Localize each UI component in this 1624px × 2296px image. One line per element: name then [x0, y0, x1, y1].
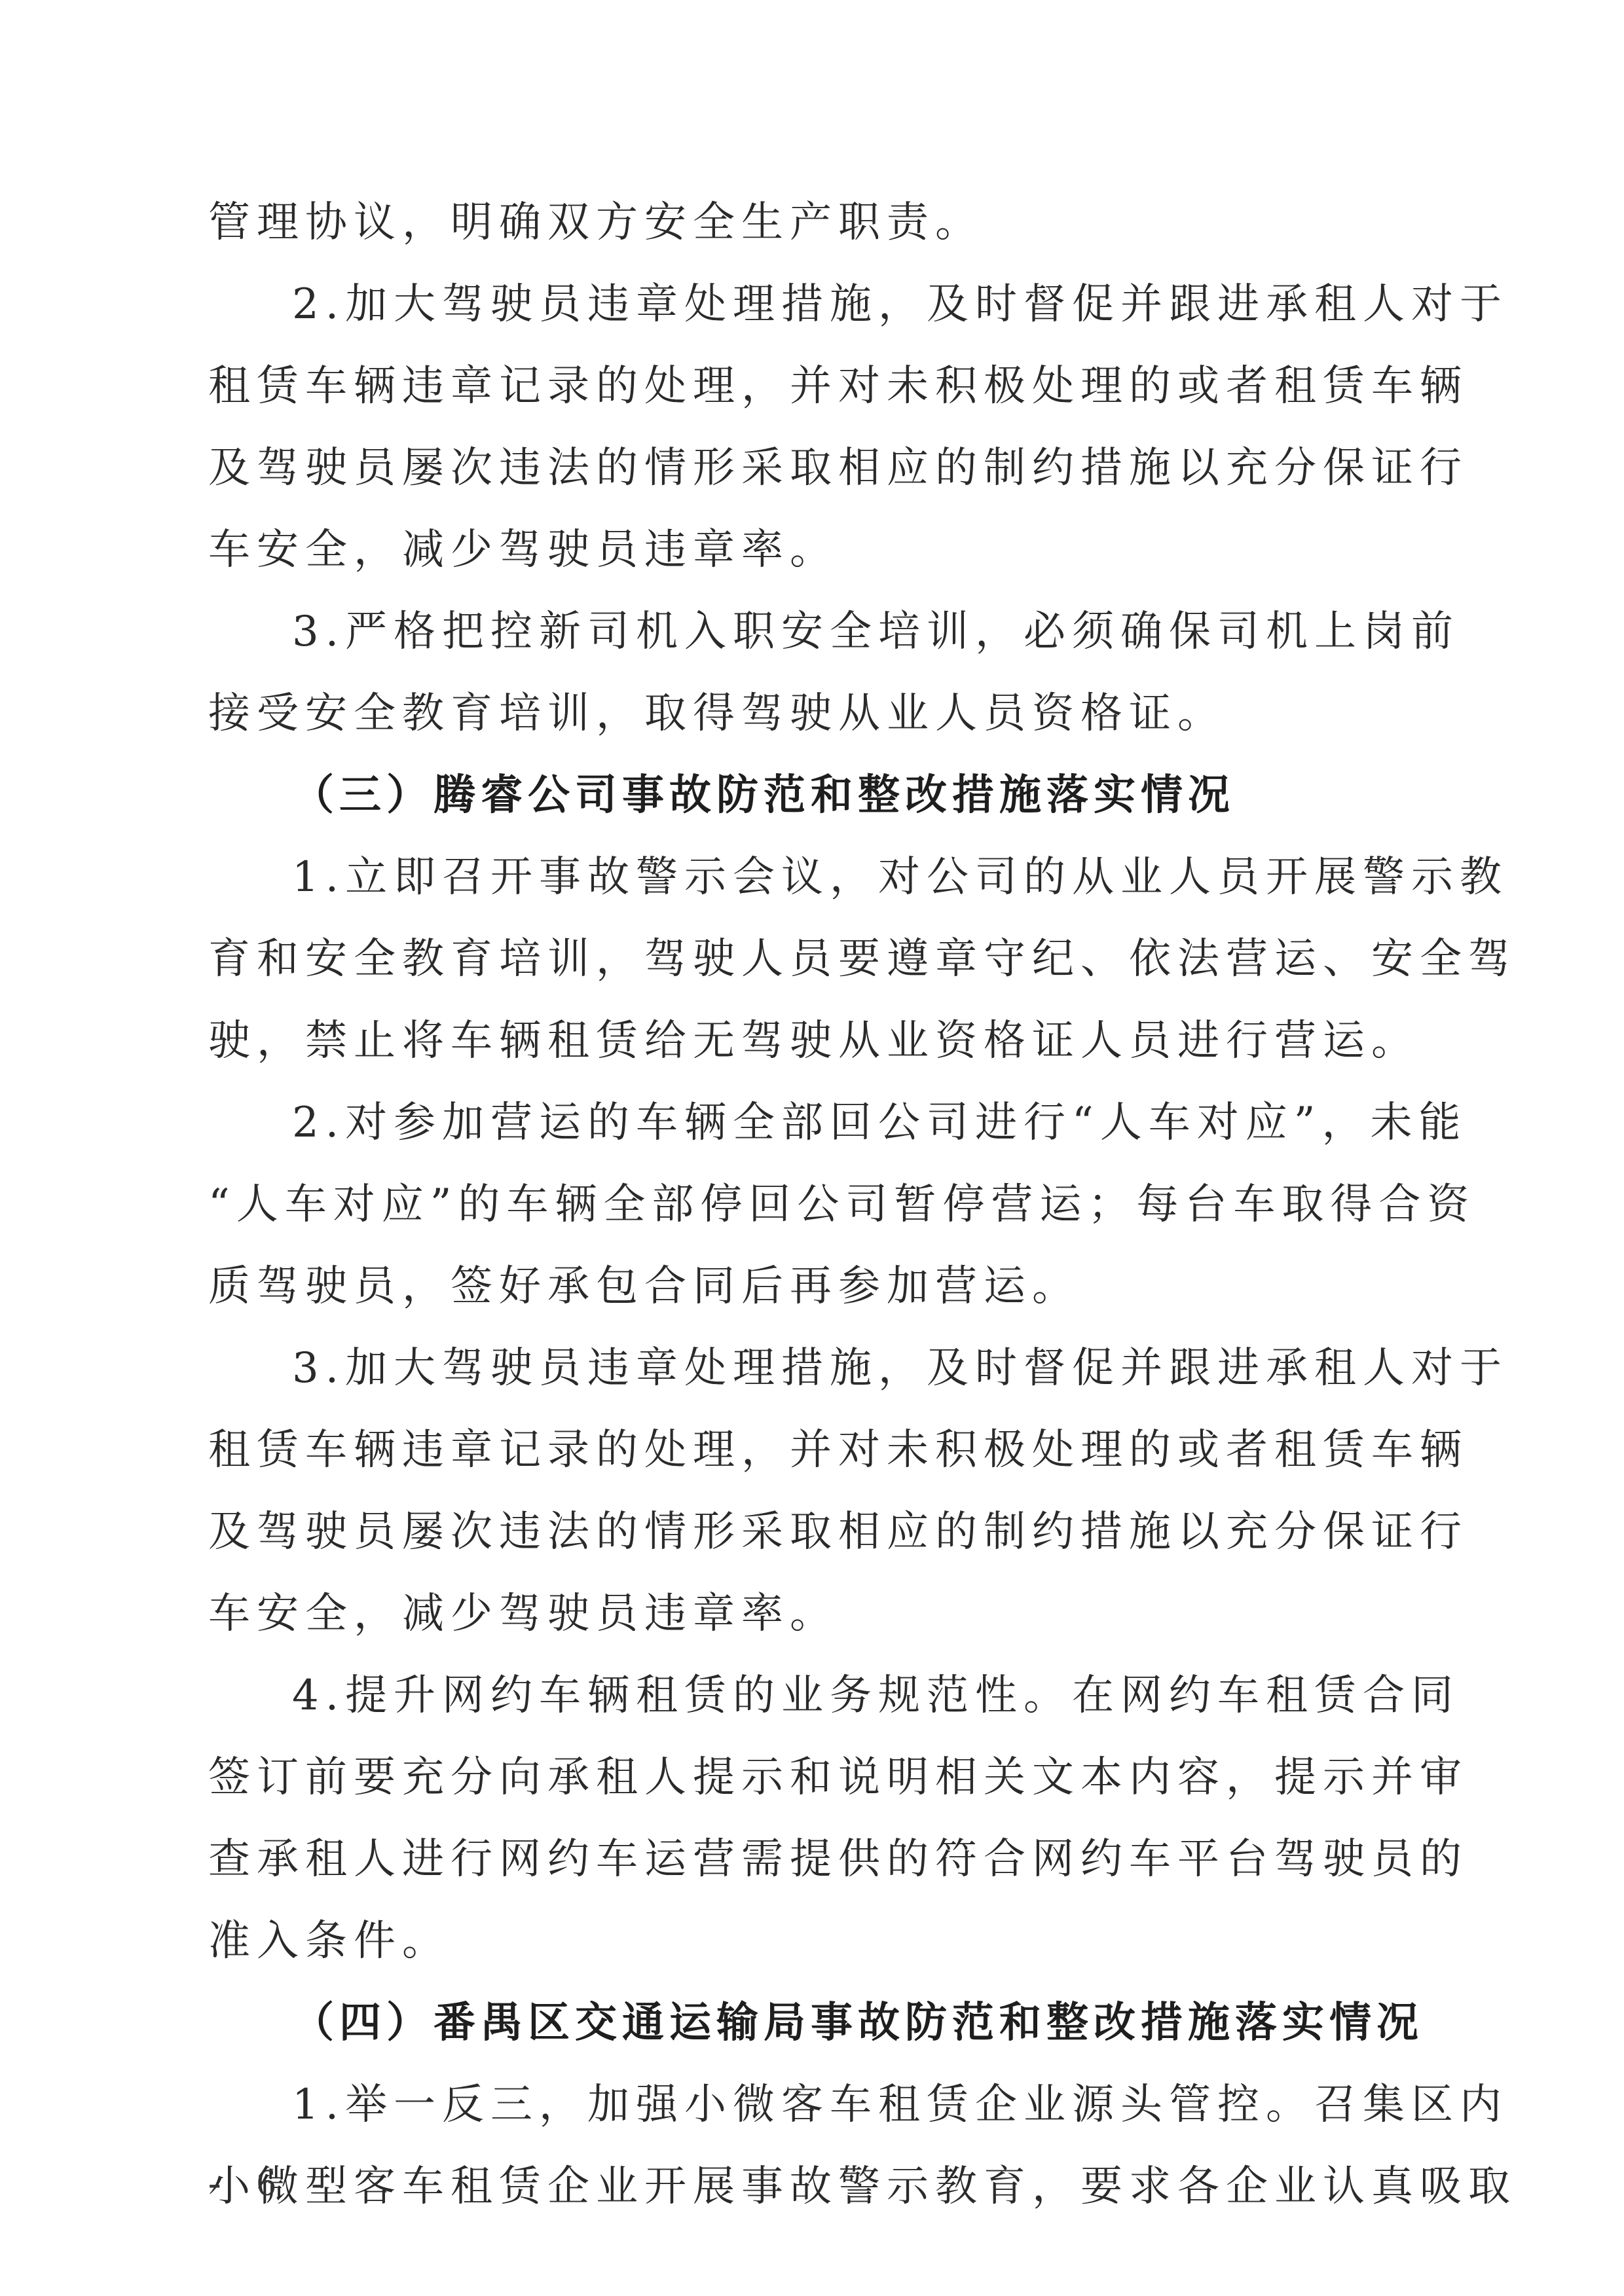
paragraph-line: 2.对参加营运的车辆全部回公司进行“人车对应”，未能 [292, 1097, 1510, 1149]
paragraph-line: 及驾驶员屡次违法的情形采取相应的制约措施以充分保证行 [208, 442, 1426, 494]
section-heading: （三）腾睿公司事故防范和整改措施落实情况 [292, 769, 1510, 822]
paragraph-line: 签订前要充分向承租人提示和说明相关文本内容，提示并审 [208, 1751, 1426, 1804]
paragraph-line: 1.举一反三，加强小微客车租赁企业源头管控。召集区内 [292, 2079, 1510, 2131]
paragraph-line: 车安全，减少驾驶员违章率。 [208, 524, 1426, 576]
paragraph-line: 车安全，减少驾驶员违章率。 [208, 1588, 1426, 1640]
paragraph-line: 4.提升网约车辆租赁的业务规范性。在网约车租赁合同 [292, 1669, 1510, 1722]
paragraph-line: 查承租人进行网约车运营需提供的符合网约车平台驾驶员的 [208, 1833, 1426, 1886]
paragraph-line: 管理协议，明确双方安全生产职责。 [208, 196, 1426, 249]
paragraph-line: 小微型客车租赁企业开展事故警示教育，要求各企业认真吸取 [208, 2160, 1426, 2213]
paragraph-line: 租赁车辆违章记录的处理，并对未积极处理的或者租赁车辆 [208, 360, 1426, 412]
section-heading: （四）番禺区交通运输局事故防范和整改措施落实情况 [292, 1997, 1510, 2049]
page-number: - 6 - [208, 2160, 337, 2204]
paragraph-line: 及驾驶员屡次违法的情形采取相应的制约措施以充分保证行 [208, 1506, 1426, 1558]
paragraph-line: 租赁车辆违章记录的处理，并对未积极处理的或者租赁车辆 [208, 1424, 1426, 1476]
paragraph-line: 3.严格把控新司机入职安全培训，必须确保司机上岗前 [292, 606, 1510, 658]
paragraph-line: 驶，禁止将车辆租赁给无驾驶从业资格证人员进行营运。 [208, 1015, 1426, 1067]
paragraph-line: 3.加大驾驶员违章处理措施，及时督促并跟进承租人对于 [292, 1342, 1510, 1394]
document-page: 管理协议，明确双方安全生产职责。2.加大驾驶员违章处理措施，及时督促并跟进承租人… [0, 0, 1624, 2296]
paragraph-line: 准入条件。 [208, 1915, 1426, 1967]
paragraph-line: 接受安全教育培训，取得驾驶从业人员资格证。 [208, 687, 1426, 740]
paragraph-line: “人车对应”的车辆全部停回公司暂停营运；每台车取得合资 [208, 1178, 1426, 1231]
paragraph-line: 质驾驶员，签好承包合同后再参加营运。 [208, 1260, 1426, 1313]
paragraph-line: 1.立即召开事故警示会议，对公司的从业人员开展警示教 [292, 851, 1510, 903]
paragraph-line: 2.加大驾驶员违章处理措施，及时督促并跟进承租人对于 [292, 278, 1510, 331]
paragraph-line: 育和安全教育培训，驾驶人员要遵章守纪、依法营运、安全驾 [208, 933, 1426, 985]
